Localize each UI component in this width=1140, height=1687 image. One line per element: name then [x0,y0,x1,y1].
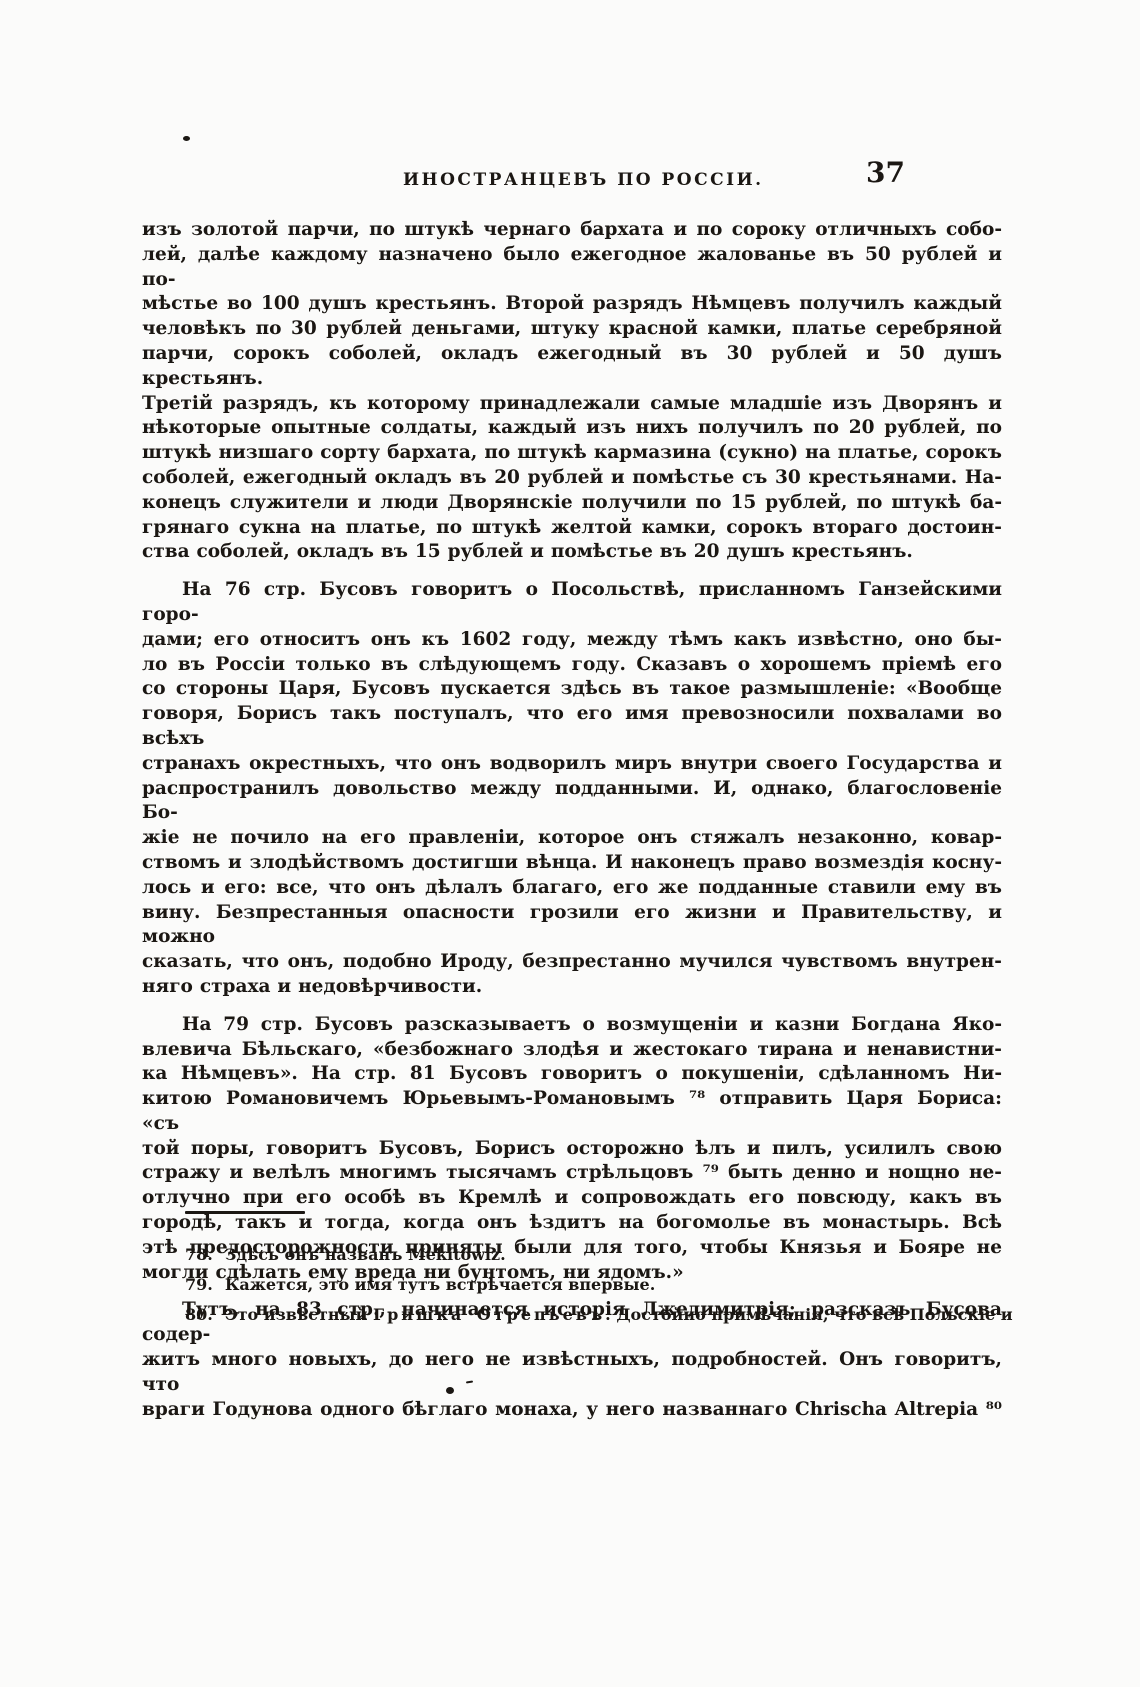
footnote: 79.Кажется, это имя тутъ встрѣчается впе… [185,1270,1022,1300]
text-line: ло въ Россіи только въ слѣдующемъ году. … [142,653,1002,678]
text-line: человѣкъ по 30 рублей деньгами, штуку кр… [142,317,1002,342]
text-line: соболей, ежегодный окладъ въ 20 рублей и… [142,466,1002,491]
text-line: жіе не почило на его правленіи, которое … [142,826,1002,851]
text-line: враги Годунова одного бѣглаго монаха, у … [142,1398,1002,1423]
text-line: со стороны Царя, Бусовъ пускается здѣсь … [142,677,1002,702]
text-line: мѣстье во 100 душъ крестьянъ. Второй раз… [142,292,1002,317]
footnote-emphasized-name: Гришка Отрепьевъ [373,1305,605,1324]
text-line: вину. Безпрестанныя опасности грозили ег… [142,901,1002,951]
running-header-title: ИНОСТРАНЦЕВЪ ПО РОССІИ. [403,170,764,190]
text-line: конецъ служители и люди Дворянскіе получ… [142,491,1002,516]
footnote-text: Здѣсь онъ названъ Mekitowiz. [225,1245,506,1264]
text-line: ствомъ и злодѣйствомъ достигши вѣнца. И … [142,851,1002,876]
text-line: грянаго сукна на платье, по штукѣ желтой… [142,516,1002,541]
text-line: На 79 стр. Бусовъ разсказываетъ о возмущ… [142,1013,1002,1038]
footnotes: 78.Здѣсь онъ названъ Mekitowiz.79.Кажетс… [142,1240,1022,1330]
text-line: стражу и велѣлъ многимъ тысячамъ стрѣльц… [142,1161,1002,1186]
footnote-text: Это извѣстный [225,1305,373,1324]
text-line: ка Нѣмцевъ». На стр. 81 Бусовъ говоритъ … [142,1062,1002,1087]
footnote-separator [185,1211,305,1214]
text-line: влевича Бѣльскаго, «безбожнаго злодѣя и … [142,1038,1002,1063]
text-line: штукѣ низшаго сорту бархата, по штукѣ ка… [142,441,1002,466]
footnote-text: Кажется, это имя тутъ встрѣчается впервы… [225,1275,655,1294]
text-line: отлучно при его особѣ въ Кремлѣ и сопров… [142,1186,1002,1211]
text-line: парчи, сорокъ соболей, окладъ ежегодный … [142,342,1002,392]
text-line: изъ золотой парчи, по штукѣ чернаго барх… [142,218,1002,243]
footnote-number: 79. [185,1275,213,1294]
page-number: 37 [866,156,905,189]
text-line: распространилъ довольство между подданны… [142,777,1002,827]
text-line: житъ много новыхъ, до него не извѣстныхъ… [142,1348,1002,1398]
text-line: дами; его относитъ онъ къ 1602 году, меж… [142,628,1002,653]
text-line: городѣ, такъ и тогда, когда онъ ѣздитъ н… [142,1211,1002,1236]
text-line: говоря, Борисъ такъ поступалъ, что его и… [142,702,1002,752]
footnote-number: 78. [185,1245,213,1264]
footnote: 80.Это извѣстный Гришка Отрепьевъ. Досто… [185,1300,1022,1330]
ink-speck [446,1387,454,1394]
text-line: нѣкоторые опытные солдаты, каждый изъ ни… [142,416,1002,441]
text-line: китою Романовичемъ Юрьевымъ-Романовымъ ⁷… [142,1087,1002,1137]
text-line: лось и его: все, что онъ дѣлалъ благаго,… [142,876,1002,901]
text-line: На 76 стр. Бусовъ говоритъ о Посольствѣ,… [142,578,1002,628]
running-header: ИНОСТРАНЦЕВЪ ПО РОССІИ. 37 [0,0,1140,200]
paragraph: изъ золотой парчи, по штукѣ чернаго барх… [142,218,1002,565]
text-line: сказать, что онъ, подобно Ироду, безпрес… [142,950,1002,975]
footnote-text: . Достойно примѣчанія, что всѣ Польскіе … [605,1305,1012,1324]
footnote-number: 80. [185,1305,213,1324]
text-line: Третій разрядъ, къ которому принадлежали… [142,392,1002,417]
book-page: ИНОСТРАНЦЕВЪ ПО РОССІИ. 37 изъ золотой п… [0,0,1140,1687]
text-line: ства соболей, окладъ въ 15 рублей и помѣ… [142,540,1002,565]
text-line: той поры, говоритъ Бусовъ, Борисъ осторо… [142,1137,1002,1162]
paragraph: На 76 стр. Бусовъ говоритъ о Посольствѣ,… [142,578,1002,1000]
text-line: лей, далѣе каждому назначено было ежегод… [142,243,1002,293]
footnote: 78.Здѣсь онъ названъ Mekitowiz. [185,1240,1022,1270]
text-line: няго страха и недовѣрчивости. [142,975,1002,1000]
text-line: странахъ окрестныхъ, что онъ водворилъ м… [142,752,1002,777]
